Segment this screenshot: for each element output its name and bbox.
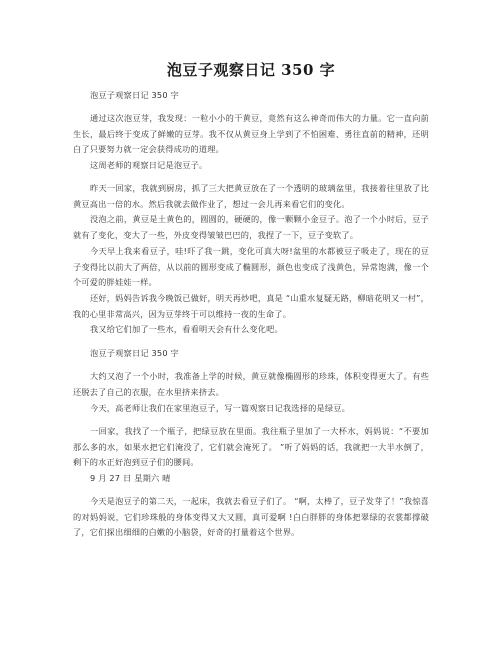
paragraph: 还好，妈妈告诉我今晚饭已做好，明天再炒吧，真是 “山重水复疑无路，柳暗花明又一村… bbox=[73, 291, 429, 322]
paragraph-subtitle: 泡豆子观察日记 350 字 bbox=[73, 346, 429, 362]
paragraph: 今天，高老师让我们在家里泡豆子，写一篇观察日记我选择的是绿豆。 bbox=[73, 401, 429, 417]
paragraph-subtitle: 泡豆子观察日记 350 字 bbox=[73, 88, 429, 104]
paragraph-date: 9 月 27 日 星期六 晴 bbox=[73, 471, 429, 487]
paragraph: 我又给它们加了一些水，看看明天会有什么变化吧。 bbox=[73, 322, 429, 338]
paragraph: 今天早上我来看豆子，哇!吓了我一跳，变化可真大呀!盆里的水都被豆子吸走了，现在的… bbox=[73, 244, 429, 291]
paragraph: 一回家，我找了一个瓶子，把绿豆放在里面。我往瓶子里加了一大杯水，妈妈说：“不要加… bbox=[73, 424, 429, 471]
document-title: 泡豆子观察日记 350 字 bbox=[73, 60, 429, 80]
paragraph: 没泡之前，黄豆是土黄色的，圆圆的，硬硬的，像一颗颗小金豆子。泡了一个小时后，豆子… bbox=[73, 212, 429, 243]
paragraph: 今天是泡豆子的第二天，一起床，我就去看豆子们了。 “啊，太棒了，豆子发芽了！”我… bbox=[73, 494, 429, 541]
paragraph: 这周老师的观察日记是泡豆子。 bbox=[73, 158, 429, 174]
paragraph: 昨天一回家，我就到厨房，抓了三大把黄豆放在了一个透明的玻璃盆里，我接着往里放了比… bbox=[73, 181, 429, 212]
paragraph: 大约又泡了一个小时，我准备上学的时候，黄豆就像椭圆形的珍珠，体积变得更大了。有些… bbox=[73, 369, 429, 400]
paragraph: 通过这次泡豆芽，我发现：一粒小小的干黄豆，竟然有这么神奇而伟大的力量。它一直向前… bbox=[73, 111, 429, 158]
